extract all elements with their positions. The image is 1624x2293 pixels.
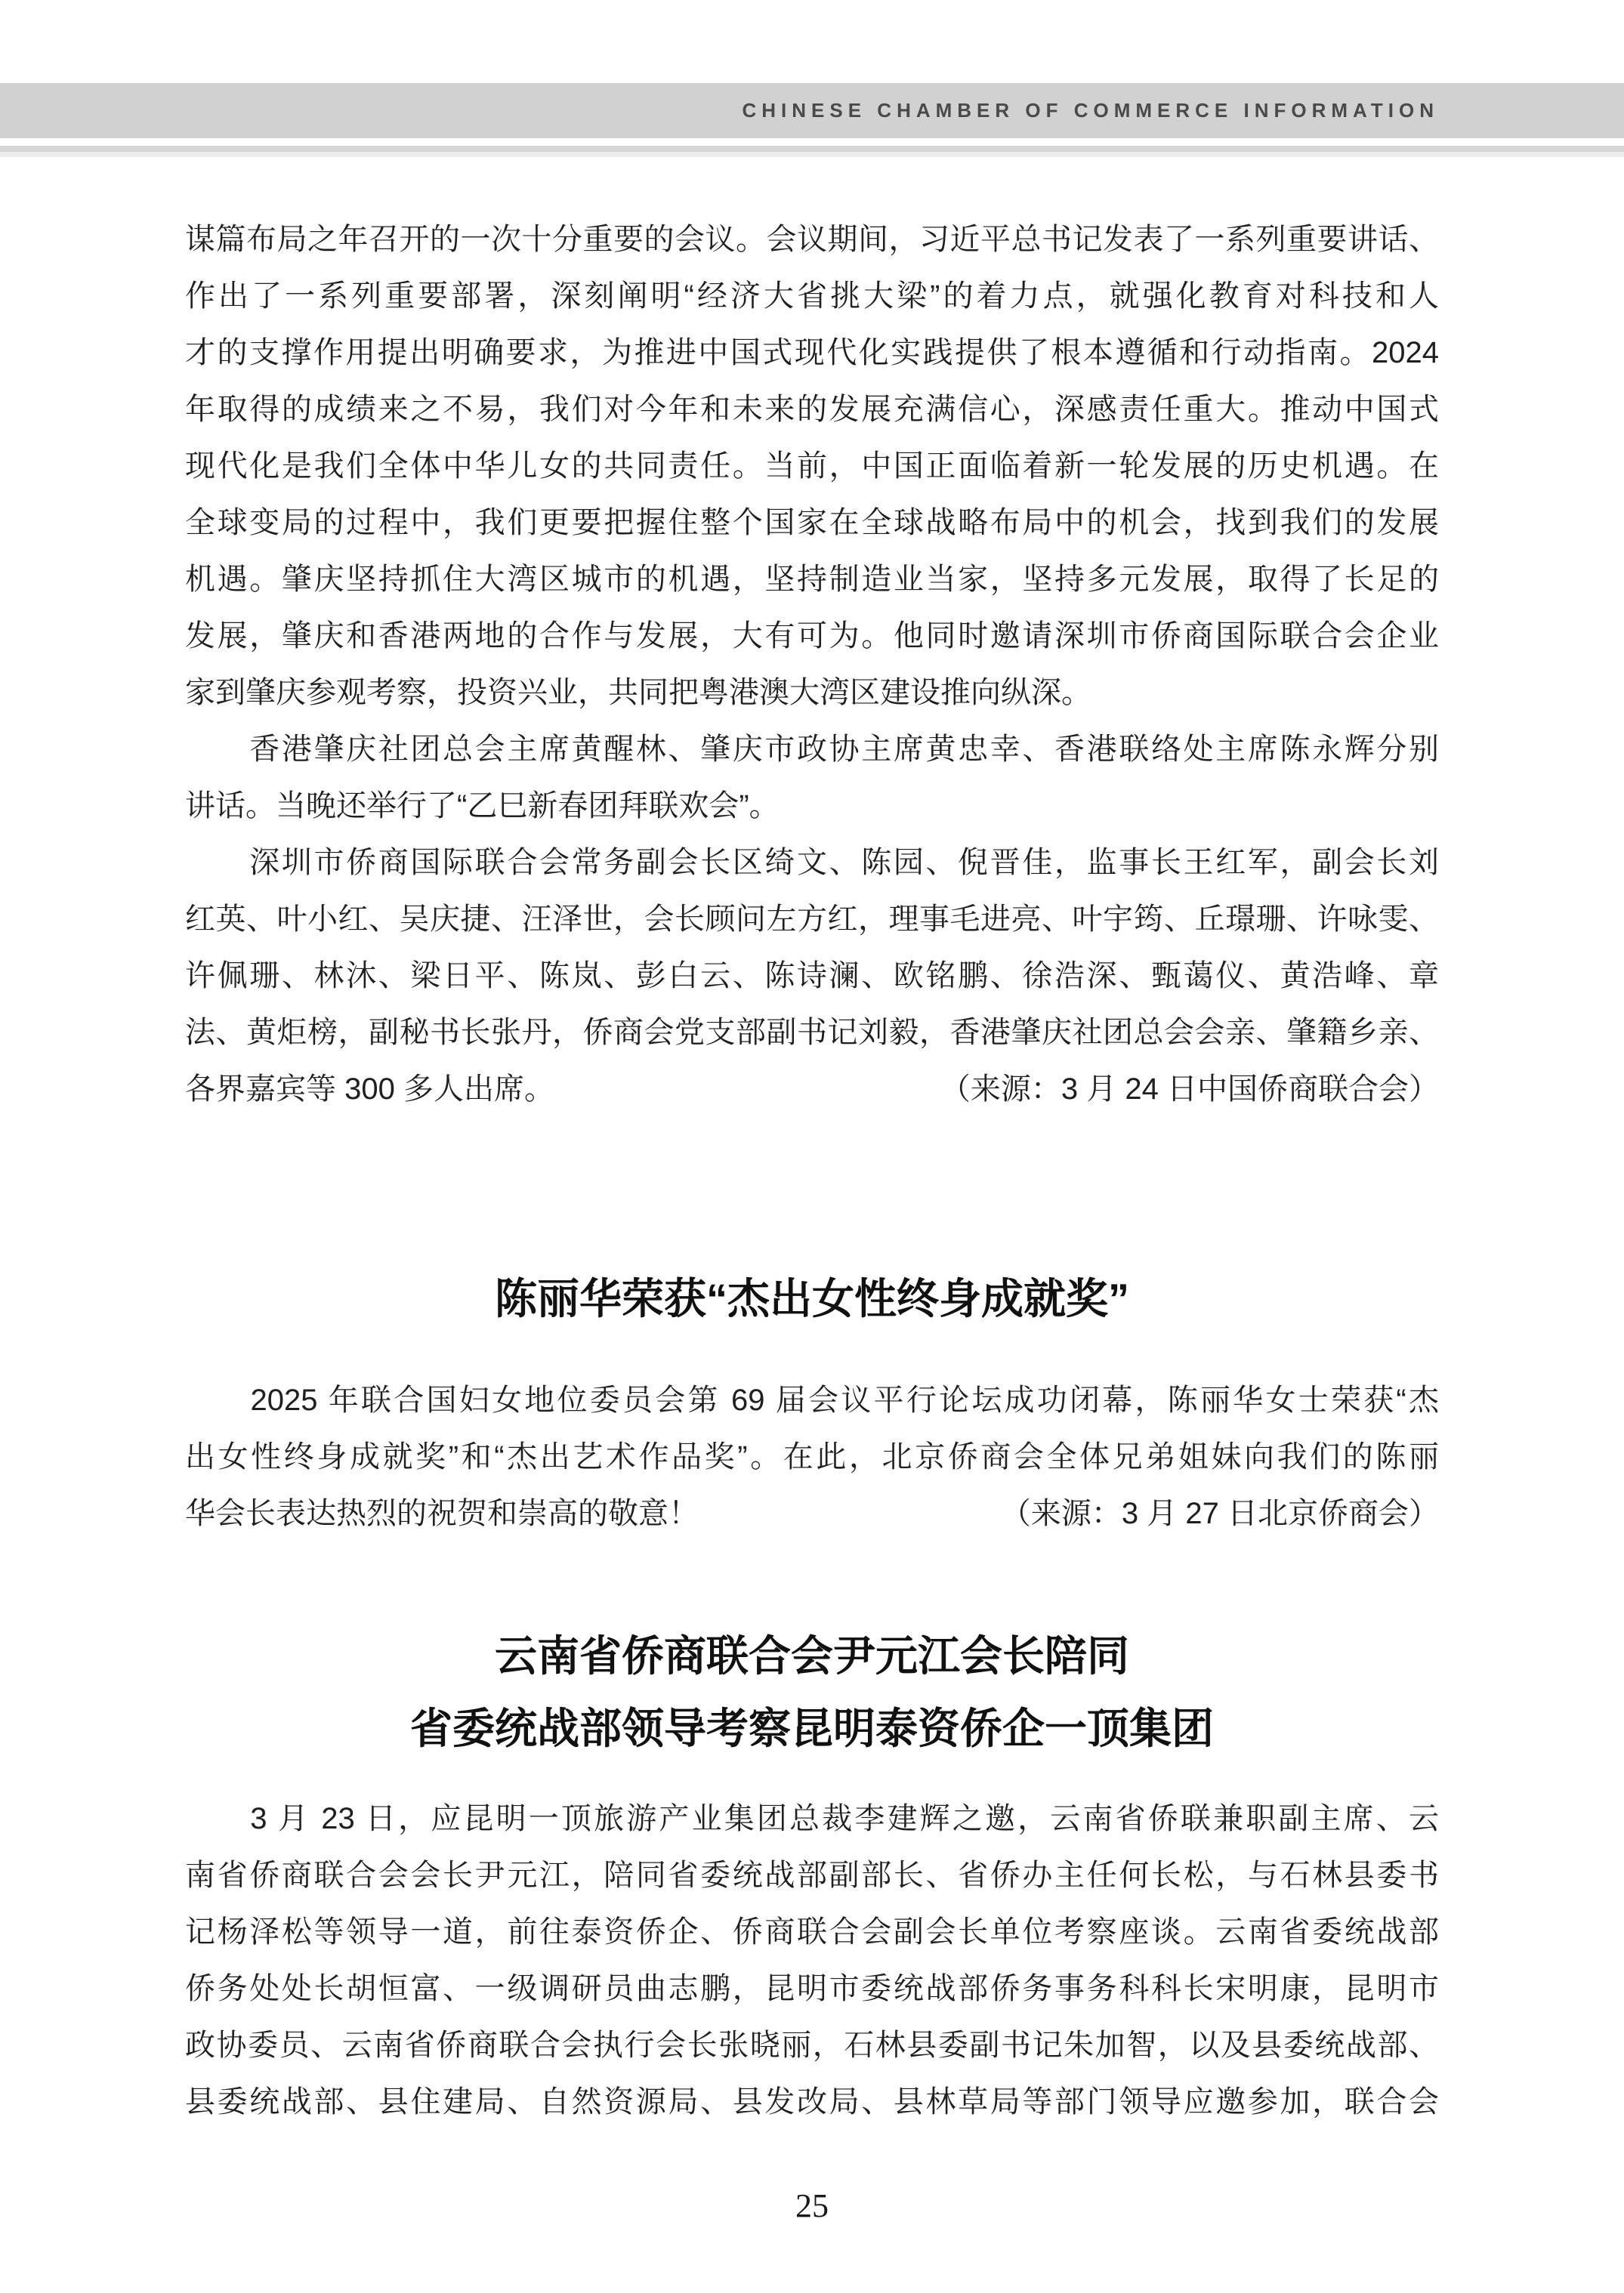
text-line: 出女性终身成就奖”和“杰出艺术作品奖”。在此，北京侨商会全体兄弟姐妹向我们的陈丽: [185, 1429, 1439, 1486]
header-banner-text: CHINESE CHAMBER OF COMMERCE INFORMATION: [742, 83, 1439, 138]
page: CHINESE CHAMBER OF COMMERCE INFORMATION …: [0, 0, 1624, 2293]
text-line: 作出了一系列重要部署，深刻阐明“经济大省挑大梁”的着力点，就强化教育对科技和人: [185, 268, 1439, 325]
text-line: 3 月 23 日，应昆明一顶旅游产业集团总裁李建辉之邀，云南省侨联兼职副主席、云: [185, 1791, 1439, 1847]
article-shenzhen-report: 谋篇布局之年召开的一次十分重要的会议。会议期间，习近平总书记发表了一系列重要讲话…: [185, 211, 1439, 1118]
article-yunnan-title-line2: 省委统战部领导考察昆明泰资侨企一顶集团: [185, 1693, 1439, 1765]
text-line: 讲话。当晚还举行了“乙巳新春团拜联欢会”。: [185, 778, 1439, 835]
article-yunnan-title: 云南省侨商联合会尹元江会长陪同 省委统战部领导考察昆明泰资侨企一顶集团: [185, 1620, 1439, 1765]
text-line: 政协委员、云南省侨商联合会执行会长张晓丽，石林县委副书记朱加智，以及县委统战部、: [185, 2017, 1439, 2074]
paragraph-visit: 3 月 23 日，应昆明一顶旅游产业集团总裁李建辉之邀，云南省侨联兼职副主席、云…: [185, 1791, 1439, 2131]
text-line: 红英、叶小红、吴庆捷、汪泽世，会长顾问左方红，理事毛进亮、叶宇筠、丘璟珊、许咏雯…: [185, 891, 1439, 948]
text-line: 2025 年联合国妇女地位委员会第 69 届会议平行论坛成功闭幕，陈丽华女士荣获…: [185, 1372, 1439, 1429]
source-note: （来源：3 月 24 日中国侨商联合会）: [940, 1061, 1439, 1118]
article-chenlihua-title: 陈丽华荣获“杰出女性终身成就奖”: [185, 1269, 1439, 1329]
text-line: 法、黄炬榜，副秘书长张丹，侨商会党支部副书记刘毅，香港肇庆社团总会会亲、肇籍乡亲…: [185, 1005, 1439, 1061]
text-line: 香港肇庆社团总会主席黄醒林、肇庆市政协主席黄忠幸、香港联络处主席陈永辉分别: [185, 721, 1439, 778]
text-line: 记杨泽松等领导一道，前往泰资侨企、侨商联合会副会长单位考察座谈。云南省委统战部: [185, 1904, 1439, 1961]
text-line: 深圳市侨商国际联合会常务副会长区绮文、陈园、倪晋佳，监事长王红军，副会长刘: [185, 835, 1439, 891]
paragraph-award: 2025 年联合国妇女地位委员会第 69 届会议平行论坛成功闭幕，陈丽华女士荣获…: [185, 1372, 1439, 1486]
text-line: 南省侨商联合会会长尹元江，陪同省委统战部副部长、省侨办主任何长松，与石林县委书: [185, 1847, 1439, 1904]
text-line: 谋篇布局之年召开的一次十分重要的会议。会议期间，习近平总书记发表了一系列重要讲话…: [185, 211, 1439, 268]
text-line: 侨务处处长胡恒富、一级调研员曲志鹏，昆明市委统战部侨务事务科科长宋明康，昆明市: [185, 1961, 1439, 2017]
text-line: 县委统战部、县住建局、自然资源局、县发改局、县林草局等部门领导应邀参加，联合会: [185, 2074, 1439, 2131]
paragraph-speeches: 香港肇庆社团总会主席黄醒林、肇庆市政协主席黄忠幸、香港联络处主席陈永辉分别讲话。…: [185, 721, 1439, 835]
text-line: 现代化是我们全体中华儿女的共同责任。当前，中国正面临着新一轮发展的历史机遇。在: [185, 438, 1439, 495]
text-line: 全球变局的过程中，我们更要把握住整个国家在全球战略布局中的机会，找到我们的发展: [185, 495, 1439, 551]
attendance-source-row: 各界嘉宾等 300 多人出席。 （来源：3 月 24 日中国侨商联合会）: [185, 1061, 1439, 1118]
article-chenlihua: 2025 年联合国妇女地位委员会第 69 届会议平行论坛成功闭幕，陈丽华女士荣获…: [185, 1372, 1439, 1542]
page-content: 谋篇布局之年召开的一次十分重要的会议。会议期间，习近平总书记发表了一系列重要讲话…: [185, 211, 1439, 2131]
header-band: CHINESE CHAMBER OF COMMERCE INFORMATION: [0, 83, 1624, 138]
text-line: 家到肇庆参观考察，投资兴业，共同把粤港澳大湾区建设推向纵深。: [185, 665, 1439, 721]
text-line: 年取得的成绩来之不易，我们对今年和未来的发展充满信心，深感责任重大。推动中国式: [185, 381, 1439, 438]
article-yunnan-title-line1: 云南省侨商联合会尹元江会长陪同: [185, 1620, 1439, 1693]
header-divider-strip: [0, 146, 1624, 157]
text-line: 机遇。肇庆坚持抓住大湾区城市的机遇，坚持制造业当家，坚持多元发展，取得了长足的: [185, 551, 1439, 608]
source-note: （来源：3 月 27 日北京侨商会）: [1001, 1486, 1439, 1542]
article-yunnan: 3 月 23 日，应昆明一顶旅游产业集团总裁李建辉之邀，云南省侨联兼职副主席、云…: [185, 1791, 1439, 2131]
text-line: 许佩珊、林沐、梁日平、陈岚、彭白云、陈诗澜、欧铭鹏、徐浩深、甄蔼仪、黄浩峰、章: [185, 948, 1439, 1005]
congratulation-text: 华会长表达热烈的祝贺和崇高的敬意！: [185, 1486, 699, 1542]
paragraph-continuation: 谋篇布局之年召开的一次十分重要的会议。会议期间，习近平总书记发表了一系列重要讲话…: [185, 211, 1439, 721]
attendance-text: 各界嘉宾等 300 多人出席。: [185, 1061, 554, 1118]
paragraph-attendees: 深圳市侨商国际联合会常务副会长区绮文、陈园、倪晋佳，监事长王红军，副会长刘红英、…: [185, 835, 1439, 1061]
text-line: 发展，肇庆和香港两地的合作与发展，大有可为。他同时邀请深圳市侨商国际联合会企业: [185, 608, 1439, 665]
award-source-row: 华会长表达热烈的祝贺和崇高的敬意！ （来源：3 月 27 日北京侨商会）: [185, 1486, 1439, 1542]
text-line: 才的支撑作用提出明确要求，为推进中国式现代化实践提供了根本遵循和行动指南。202…: [185, 325, 1439, 381]
page-number: 25: [0, 2187, 1624, 2225]
